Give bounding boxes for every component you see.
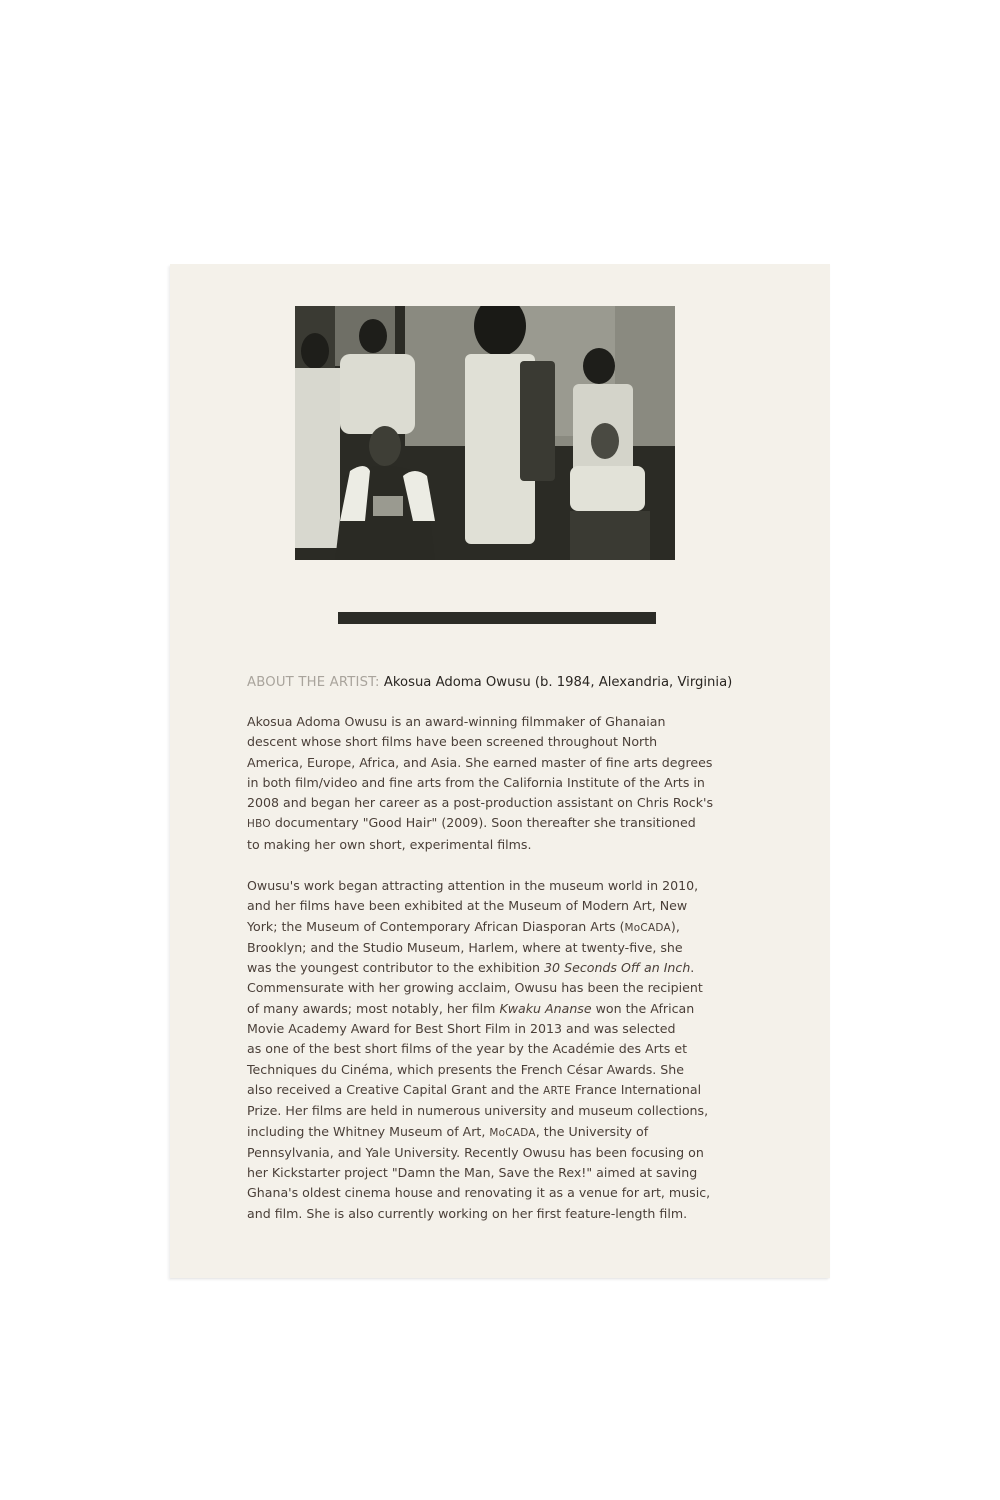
text-line: 2008 and began her career as a post-prod… <box>247 793 762 813</box>
text-fragment: , the University of <box>536 1124 648 1139</box>
text-line: of many awards; most notably, her film K… <box>247 999 762 1019</box>
section-label: ABOUT THE ARTIST: <box>247 675 380 690</box>
text-fragment: of many awards; most notably, her film <box>247 1001 499 1016</box>
text-line: Prize. Her films are held in numerous un… <box>247 1101 762 1121</box>
film-still-photo <box>295 306 675 560</box>
text-line: Akosua Adoma Owusu is an award-winning f… <box>247 712 762 732</box>
text-line: Techniques du Cinéma, which presents the… <box>247 1060 762 1080</box>
abbreviation: ARTE <box>543 1085 571 1097</box>
text-line: as one of the best short films of the ye… <box>247 1039 762 1059</box>
abbreviation: HBO <box>247 818 271 830</box>
text-line: Brooklyn; and the Studio Museum, Harlem,… <box>247 938 762 958</box>
about-the-artist-heading: ABOUT THE ARTIST: Akosua Adoma Owusu (b.… <box>247 674 767 692</box>
text-line: York; the Museum of Contemporary African… <box>247 917 762 938</box>
text-line: in both film/video and fine arts from th… <box>247 773 762 793</box>
exhibition-title: 30 Seconds Off an Inch <box>544 960 690 975</box>
film-title: Kwaku Ananse <box>499 1001 591 1016</box>
text-fragment: won the African <box>592 1001 695 1016</box>
text-line: Movie Academy Award for Best Short Film … <box>247 1019 762 1039</box>
text-fragment: . <box>690 960 694 975</box>
bio-paragraph-1: Akosua Adoma Owusu is an award-winning f… <box>247 712 762 855</box>
text-fragment: ), <box>671 919 680 934</box>
text-line: descent whose short films have been scre… <box>247 732 762 752</box>
salon-scene-image <box>295 306 675 560</box>
text-line: Pennsylvania, and Yale University. Recen… <box>247 1143 762 1163</box>
bio-paragraph-2: Owusu's work began attracting attention … <box>247 876 762 1224</box>
text-line: her Kickstarter project "Damn the Man, S… <box>247 1163 762 1183</box>
text-line: and film. She is also currently working … <box>247 1204 762 1224</box>
text-fragment: documentary "Good Hair" (2009). Soon the… <box>271 815 696 830</box>
text-fragment: including the Whitney Museum of Art, <box>247 1124 489 1139</box>
text-line: and her films have been exhibited at the… <box>247 896 762 916</box>
text-line: America, Europe, Africa, and Asia. She e… <box>247 753 762 773</box>
text-line: Ghana's oldest cinema house and renovati… <box>247 1183 762 1203</box>
text-line: Commensurate with her growing acclaim, O… <box>247 978 762 998</box>
divider-bar <box>338 612 656 624</box>
text-line: HBO documentary "Good Hair" (2009). Soon… <box>247 813 762 834</box>
text-line: Owusu's work began attracting attention … <box>247 876 762 896</box>
text-fragment: York; the Museum of Contemporary African… <box>247 919 625 934</box>
printed-page: ABOUT THE ARTIST: Akosua Adoma Owusu (b.… <box>170 264 830 1278</box>
text-line: including the Whitney Museum of Art, MoC… <box>247 1122 762 1143</box>
text-line: was the youngest contributor to the exhi… <box>247 958 762 978</box>
text-line: also received a Creative Capital Grant a… <box>247 1080 762 1101</box>
text-line: to making her own short, experimental fi… <box>247 835 762 855</box>
text-fragment: also received a Creative Capital Grant a… <box>247 1082 543 1097</box>
text-fragment: France International <box>571 1082 701 1097</box>
abbreviation: MoCADA <box>625 922 671 934</box>
text-fragment: was the youngest contributor to the exhi… <box>247 960 544 975</box>
abbreviation: MoCADA <box>489 1127 535 1139</box>
artist-name: Akosua Adoma Owusu (b. 1984, Alexandria,… <box>384 675 733 690</box>
